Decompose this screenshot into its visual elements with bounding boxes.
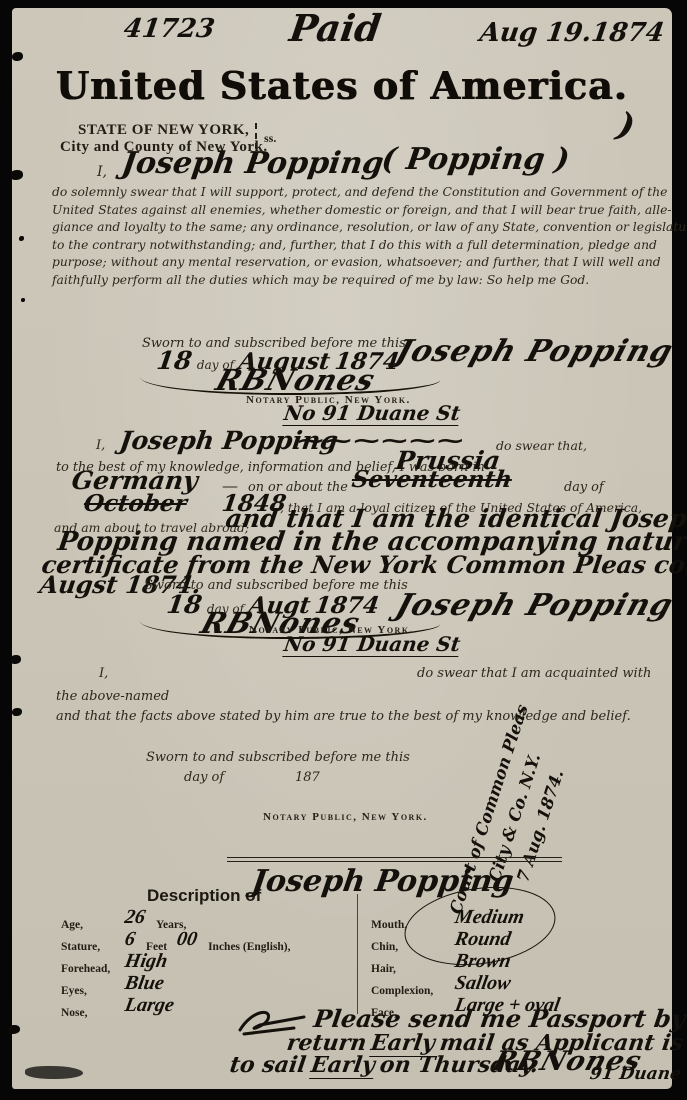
oath-line: purpose; without any mental reservation,… bbox=[52, 254, 660, 272]
witness-acquainted: do swear that I am acquainted with bbox=[417, 666, 651, 681]
affidavit-birth-month: October bbox=[82, 490, 189, 517]
stitch-mark bbox=[7, 1025, 20, 1034]
note-address: 91 Duane bbox=[589, 1064, 683, 1084]
edge-smudge bbox=[25, 1066, 83, 1079]
oath-line: faithfully perform all the duties which … bbox=[52, 272, 660, 290]
field-value: Blue bbox=[123, 972, 166, 995]
oath-name: Joseph Popping bbox=[120, 146, 386, 181]
oath-name-paren: ( Popping ) bbox=[380, 142, 572, 177]
jurat3-day-of: day of bbox=[184, 770, 224, 785]
paper-sheet: 41723 Paid Aug 19.1874 United States of … bbox=[12, 8, 672, 1089]
state-line: STATE OF NEW YORK, bbox=[78, 122, 249, 139]
affidavit-birth-day: Seventeenth bbox=[350, 466, 514, 493]
field-label: Hair, bbox=[371, 963, 451, 975]
description-heading: Description of bbox=[147, 886, 261, 906]
stitch-mark bbox=[12, 708, 22, 716]
witness-i: I, bbox=[99, 666, 108, 681]
jurat1-signature: Joseph Popping bbox=[392, 334, 678, 369]
oath-paragraph: do solemnly swear that I will support, p… bbox=[52, 184, 660, 290]
description-row: Nose, Large bbox=[61, 999, 181, 1022]
field-label: Nose, bbox=[61, 1007, 121, 1019]
note-line3-pre: to sail bbox=[228, 1052, 308, 1078]
oath-i: I, bbox=[97, 164, 107, 180]
stitch-mark bbox=[21, 298, 25, 302]
jurat3-sworn: Sworn to and subscribed before me this bbox=[146, 750, 410, 765]
date-annotation: Aug 19.1874 bbox=[478, 18, 666, 48]
jurat2-notary-address: No 91 Duane St bbox=[282, 632, 462, 657]
jurat1-notary-address: No 91 Duane St bbox=[282, 401, 462, 426]
field-value: Large bbox=[123, 994, 176, 1017]
field-value: 26 bbox=[123, 906, 147, 929]
jurat3-year-partial: 187 bbox=[295, 770, 320, 785]
field-value2: 00 bbox=[175, 928, 199, 951]
affidavit-i: I, bbox=[96, 438, 105, 453]
field-value: Medium bbox=[453, 906, 526, 929]
jurat1-day: 18 bbox=[155, 346, 194, 375]
field-label: Forehead, bbox=[61, 963, 121, 975]
field-value: Round bbox=[453, 928, 513, 951]
witness-above-named: the above-named bbox=[56, 689, 169, 704]
field-label: Eyes, bbox=[61, 985, 121, 997]
field-label: Complexion, bbox=[371, 985, 451, 997]
ss-label: ss. bbox=[264, 131, 276, 146]
oath-line: United States against all enemies, wheth… bbox=[52, 202, 660, 220]
field-value: Sallow bbox=[453, 972, 513, 995]
jurat2-day: 18 bbox=[165, 590, 204, 619]
oath-line: to the contrary notwithstanding; and, fu… bbox=[52, 237, 660, 255]
field-value: High bbox=[123, 950, 169, 973]
note-line1: Please send me Passport by bbox=[312, 1004, 687, 1033]
field-label: Age, bbox=[61, 919, 121, 931]
ink-mark-paren: ) bbox=[613, 105, 638, 148]
description-divider bbox=[357, 894, 358, 1014]
document-title: United States of America. bbox=[12, 63, 672, 108]
field-value: Brown bbox=[453, 950, 513, 973]
document-scan: 41723 Paid Aug 19.1874 United States of … bbox=[0, 0, 687, 1100]
oath-line: giance and loyalty to the same; any ordi… bbox=[52, 219, 660, 237]
field-label: Mouth, bbox=[371, 919, 451, 931]
jurat3-notary-title: Notary Public, New York. bbox=[263, 811, 428, 823]
field-label: Stature, bbox=[61, 941, 121, 953]
stitch-mark bbox=[10, 170, 23, 180]
field-label: Chin, bbox=[371, 941, 451, 953]
affidavit-do-swear: do swear that, bbox=[496, 438, 587, 453]
affidavit-day-of: day of bbox=[564, 480, 604, 495]
stitch-mark bbox=[10, 655, 21, 664]
stitch-mark bbox=[19, 236, 24, 241]
field-suffix2: Inches (English), bbox=[208, 941, 290, 953]
oath-line: do solemnly swear that I will support, p… bbox=[52, 184, 660, 202]
description-row: Stature, 6 Feet 00 Inches (English), bbox=[61, 933, 297, 956]
double-rule bbox=[227, 857, 562, 862]
paid-annotation: Paid bbox=[287, 6, 384, 50]
note-line3-underlined: Early bbox=[309, 1052, 377, 1079]
stitch-mark bbox=[12, 52, 23, 61]
file-number: 41723 bbox=[122, 14, 217, 44]
